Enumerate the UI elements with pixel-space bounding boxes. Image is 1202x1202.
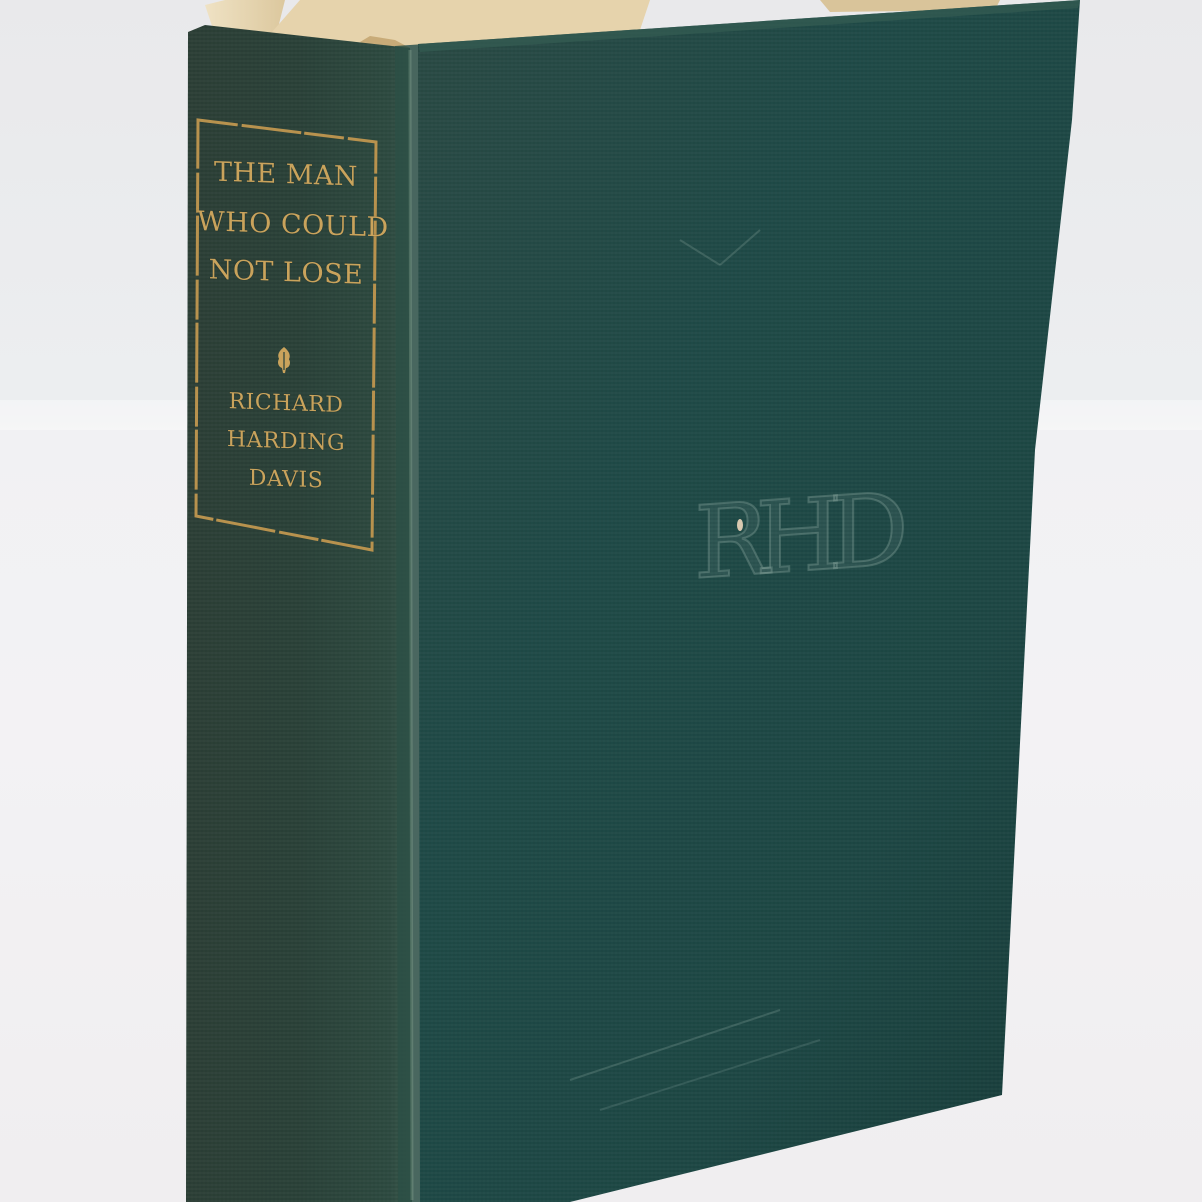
- spine-title-line-2: WHO COULD: [197, 206, 375, 243]
- spine-author-line-1: RICHARD: [197, 388, 375, 419]
- spine-label: THE MAN WHO COULD NOT LOSE RICHARD HARDI…: [197, 118, 375, 554]
- spine-author-line-3: DAVIS: [197, 464, 375, 495]
- book-shapes: [0, 0, 1202, 1202]
- spine-author-line-2: HARDING: [197, 426, 375, 457]
- cover-monogram: RHD: [694, 471, 895, 602]
- spine-title-line-3: NOT LOSE: [197, 254, 375, 291]
- book-photo: THE MAN WHO COULD NOT LOSE RICHARD HARDI…: [0, 0, 1202, 1202]
- spine-title-line-1: THE MAN: [197, 156, 375, 193]
- leaf-ornament-icon: [275, 346, 293, 375]
